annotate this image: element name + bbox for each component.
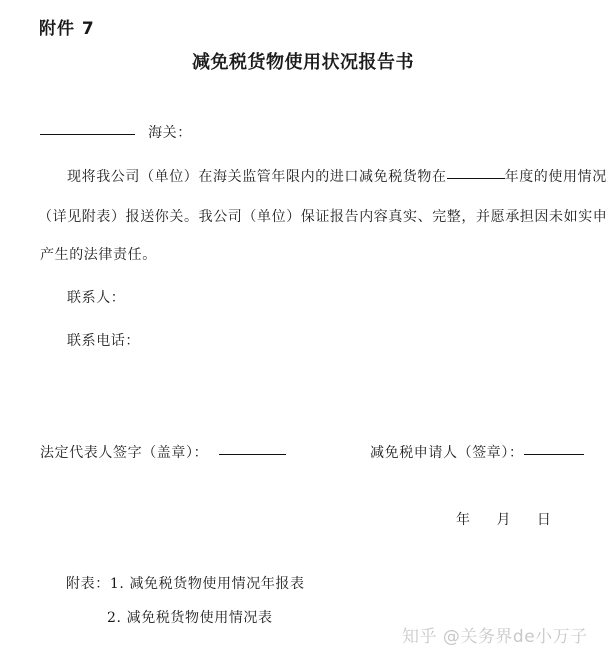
date-day: 日 bbox=[537, 509, 551, 529]
attachment-label: 减免税货物使用情况年报表 bbox=[129, 576, 304, 592]
attachment-number: 2. bbox=[107, 610, 122, 626]
watermark: 知乎 @关务界de小万子 bbox=[402, 622, 588, 647]
paragraph-text: 现将我公司（单位）在海关监管年限内的进口减免税货物在 bbox=[67, 169, 447, 185]
attachments-prefix: 附表： bbox=[66, 576, 110, 592]
contact-person-label: 联系人： bbox=[67, 287, 125, 307]
applicant-label: 减免税申请人（签章）： bbox=[370, 445, 524, 461]
legal-representative-line: 法定代表人签字（盖章）： bbox=[40, 442, 286, 462]
attachment-item-1: 附表：1. 减免税货物使用情况年报表 bbox=[66, 573, 305, 593]
addressee-line: 海关： bbox=[40, 122, 192, 142]
date-row: 年 月 日 bbox=[456, 509, 551, 529]
paragraph-line-2: （详见附表）报送你关。我公司（单位）保证报告内容真实、完整，并愿承担因未如实申报 bbox=[38, 206, 606, 226]
document-title: 减免税货物使用状况报告书 bbox=[0, 48, 606, 74]
attachment-number: 1. bbox=[110, 576, 125, 592]
contact-phone-label: 联系电话： bbox=[67, 330, 140, 350]
attachment-item-2: 2. 减免税货物使用情况表 bbox=[107, 607, 273, 627]
attachment-label: 附件 7 bbox=[39, 14, 95, 39]
legal-rep-signature-blank[interactable] bbox=[219, 453, 286, 455]
date-year: 年 bbox=[456, 509, 470, 529]
paragraph-line-3: 产生的法律责任。 bbox=[40, 244, 157, 264]
legal-rep-label: 法定代表人签字（盖章）： bbox=[40, 445, 208, 461]
addressee-suffix: 海关： bbox=[148, 125, 192, 141]
applicant-signature-blank[interactable] bbox=[524, 453, 584, 455]
year-blank[interactable] bbox=[447, 177, 505, 179]
date-month: 月 bbox=[496, 509, 510, 529]
customs-name-blank[interactable] bbox=[40, 133, 135, 135]
applicant-line: 减免税申请人（签章）： bbox=[370, 442, 584, 462]
paragraph-text: 年度的使用情况 bbox=[505, 169, 606, 185]
paragraph-line-1: 现将我公司（单位）在海关监管年限内的进口减免税货物在年度的使用情况 bbox=[67, 166, 606, 186]
attachment-label: 减免税货物使用情况表 bbox=[127, 610, 273, 626]
